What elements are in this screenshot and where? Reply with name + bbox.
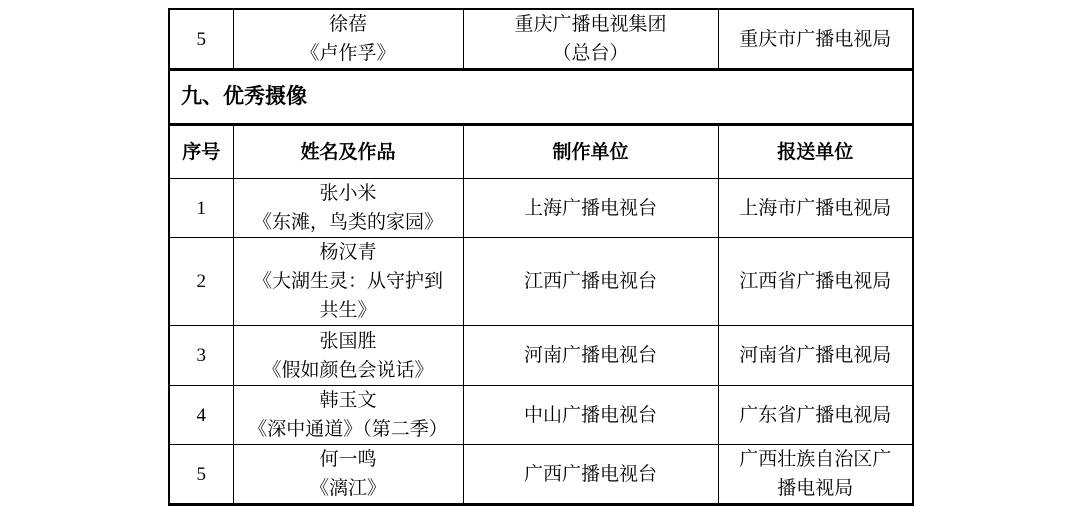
- cell-name-work: 张小米 《东滩，鸟类的家园》: [233, 179, 463, 238]
- header-row: 序号 姓名及作品 制作单位 报送单位: [169, 125, 913, 179]
- cell-submitter: 重庆市广播电视局: [718, 9, 913, 70]
- table-row-previous-section-5: 5 徐蓓 《卢作孚》 重庆广播电视集团 （总台） 重庆市广播电视局: [169, 9, 913, 70]
- cell-submitter: 广东省广播电视局: [718, 386, 913, 445]
- cell-producer: 上海广播电视台: [463, 179, 718, 238]
- cell-producer: 江西广播电视台: [463, 238, 718, 326]
- cell-name-work: 张国胜 《假如颜色会说话》: [233, 326, 463, 386]
- section-title-row: 九、优秀摄像: [169, 70, 913, 125]
- cell-serial: 2: [169, 238, 233, 326]
- cell-submitter: 上海市广播电视局: [718, 179, 913, 238]
- cell-serial: 5: [169, 445, 233, 505]
- table-row-2: 2 杨汉青 《大湖生灵：从守护到 共生》 江西广播电视台 江西省广播电视局: [169, 238, 913, 326]
- cell-name-work: 韩玉文 《深中通道》（第二季）: [233, 386, 463, 445]
- cell-producer: 广西广播电视台: [463, 445, 718, 505]
- cell-producer: 中山广播电视台: [463, 386, 718, 445]
- cell-submitter: 江西省广播电视局: [718, 238, 913, 326]
- col-header-producer: 制作单位: [463, 125, 718, 179]
- cell-serial: 4: [169, 386, 233, 445]
- table-row-4: 4 韩玉文 《深中通道》（第二季） 中山广播电视台 广东省广播电视局: [169, 386, 913, 445]
- cell-submitter: 河南省广播电视局: [718, 326, 913, 386]
- cell-submitter: 广西壮族自治区广 播电视局: [718, 445, 913, 505]
- table-row-3: 3 张国胜 《假如颜色会说话》 河南广播电视台 河南省广播电视局: [169, 326, 913, 386]
- cell-producer: 河南广播电视台: [463, 326, 718, 386]
- cell-name-work: 何一鸣 《漓江》: [233, 445, 463, 505]
- cell-name-work: 杨汉青 《大湖生灵：从守护到 共生》: [233, 238, 463, 326]
- col-header-name-work: 姓名及作品: [233, 125, 463, 179]
- col-header-serial: 序号: [169, 125, 233, 179]
- table-row-1: 1 张小米 《东滩，鸟类的家园》 上海广播电视台 上海市广播电视局: [169, 179, 913, 238]
- section-title: 九、优秀摄像: [169, 70, 913, 125]
- cell-serial: 5: [169, 9, 233, 70]
- cell-name-work: 徐蓓 《卢作孚》: [233, 9, 463, 70]
- cell-serial: 1: [169, 179, 233, 238]
- cell-serial: 3: [169, 326, 233, 386]
- cell-producer: 重庆广播电视集团 （总台）: [463, 9, 718, 70]
- table-row-5: 5 何一鸣 《漓江》 广西广播电视台 广西壮族自治区广 播电视局: [169, 445, 913, 505]
- awards-table: 5 徐蓓 《卢作孚》 重庆广播电视集团 （总台） 重庆市广播电视局 九、优秀摄像…: [168, 8, 914, 506]
- col-header-submitter: 报送单位: [718, 125, 913, 179]
